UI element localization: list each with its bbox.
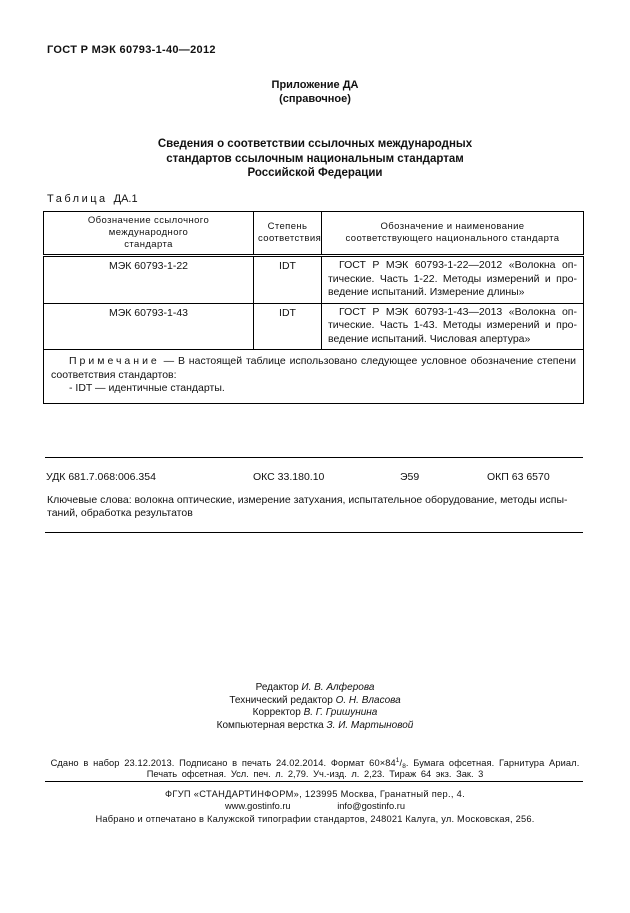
credit-line: Редактор И. В. Алферова bbox=[0, 682, 630, 695]
publisher-website: www.gostinfo.ru bbox=[225, 800, 291, 812]
intl-standard-cell: МЭК 60793-1-22 bbox=[44, 256, 254, 304]
national-standard-cell: ГОСТ Р МЭК 60793-1-22—2012 «Волокна оп­т… bbox=[322, 256, 584, 304]
oks-code: ОКС 33.180.10 bbox=[253, 471, 324, 483]
credit-name: В. Г. Гришунина bbox=[304, 707, 378, 718]
table-note-row: Примечание — В настоящей таблице использ… bbox=[44, 350, 584, 404]
imprint-line-2: Печать офсетная. Усл. печ. л. 2,79. Уч.-… bbox=[45, 768, 585, 780]
section-title: Сведения о соответствии ссылочных междун… bbox=[0, 137, 630, 181]
credit-line: Корректор В. Г. Гришунина bbox=[0, 707, 630, 720]
table-caption-word: Таблица bbox=[47, 193, 108, 205]
publisher-email: info@gostinfo.ru bbox=[337, 800, 405, 812]
printing-house-line: Набрано и отпечатано в Калужской типогра… bbox=[45, 813, 585, 825]
col-header-national-standard: Обозначение и наименование соответствующ… bbox=[322, 212, 584, 256]
divider-above-publisher bbox=[45, 781, 583, 782]
degree-cell: IDT bbox=[254, 303, 322, 350]
correspondence-table: Обозначение ссылочного международного ст… bbox=[43, 211, 584, 404]
intl-standard-cell: МЭК 60793-1-43 bbox=[44, 303, 254, 350]
table-header-row: Обозначение ссылочного международного ст… bbox=[44, 212, 584, 256]
doc-number: ГОСТ Р МЭК 60793-1-40—2012 bbox=[47, 44, 216, 57]
col-header-intl-standard: Обозначение ссылочного международного ст… bbox=[44, 212, 254, 256]
credit-line: Компьютерная верстка З. И. Мартыновой bbox=[0, 720, 630, 733]
col-header-degree: Степень соответствия bbox=[254, 212, 322, 256]
publisher-links-line: www.gostinfo.ru info@gostinfo.ru bbox=[45, 800, 585, 812]
table-caption: ТаблицаДА.1 bbox=[47, 193, 138, 206]
credit-name: О. Н. Власова bbox=[336, 695, 401, 706]
table-row: МЭК 60793-1-22 IDT ГОСТ Р МЭК 60793-1-22… bbox=[44, 256, 584, 304]
note-label: Примечание bbox=[69, 355, 160, 367]
credit-label: Корректор bbox=[253, 707, 301, 718]
document-page: ГОСТ Р МЭК 60793-1-40—2012 Приложение ДА… bbox=[0, 0, 630, 913]
imprint-line1-pre: Сдано в набор 23.12.2013. Подписано в пе… bbox=[51, 758, 396, 768]
credits-block: Редактор И. В. Алферова Технический реда… bbox=[0, 682, 630, 732]
degree-cell: IDT bbox=[254, 256, 322, 304]
table-row: МЭК 60793-1-43 IDT ГОСТ Р МЭК 60793-1-43… bbox=[44, 303, 584, 350]
credit-label: Редактор bbox=[256, 682, 299, 693]
credit-label: Компьютерная верстка bbox=[217, 720, 324, 731]
divider-below-keywords bbox=[45, 532, 583, 533]
e-code: Э59 bbox=[400, 471, 419, 483]
keywords-paragraph: Ключевые слова: волокна оптические, изме… bbox=[47, 494, 588, 520]
okp-code: ОКП 63 6570 bbox=[487, 471, 550, 483]
table-caption-number: ДА.1 bbox=[114, 193, 138, 205]
udk-code: УДК 681.7.068:006.354 bbox=[46, 471, 156, 483]
national-standard-cell: ГОСТ Р МЭК 60793-1-43—2013 «Волокна оп­т… bbox=[322, 303, 584, 350]
publisher-line: ФГУП «СТАНДАРТИНФОРМ», 123995 Москва, Гр… bbox=[45, 788, 585, 800]
note-paragraph: Примечание — В настоящей таблице использ… bbox=[51, 355, 576, 382]
table-note-cell: Примечание — В настоящей таблице использ… bbox=[44, 350, 584, 404]
credit-line: Технический редактор О. Н. Власова bbox=[0, 695, 630, 708]
divider-above-codes bbox=[45, 457, 583, 458]
credit-name: З. И. Мартыновой bbox=[327, 720, 414, 731]
classification-codes-row: УДК 681.7.068:006.354 ОКС 33.180.10 Э59 … bbox=[45, 471, 585, 485]
annex-heading: Приложение ДА (справочное) bbox=[0, 78, 630, 106]
credit-name: И. В. Алферова bbox=[301, 682, 374, 693]
note-item: - IDT — идентичные стандарты. bbox=[51, 382, 576, 396]
credit-label: Технический редактор bbox=[229, 695, 332, 706]
imprint-line1-post: . Бумага офсетная. Гарнитура Ариал. bbox=[406, 758, 579, 768]
